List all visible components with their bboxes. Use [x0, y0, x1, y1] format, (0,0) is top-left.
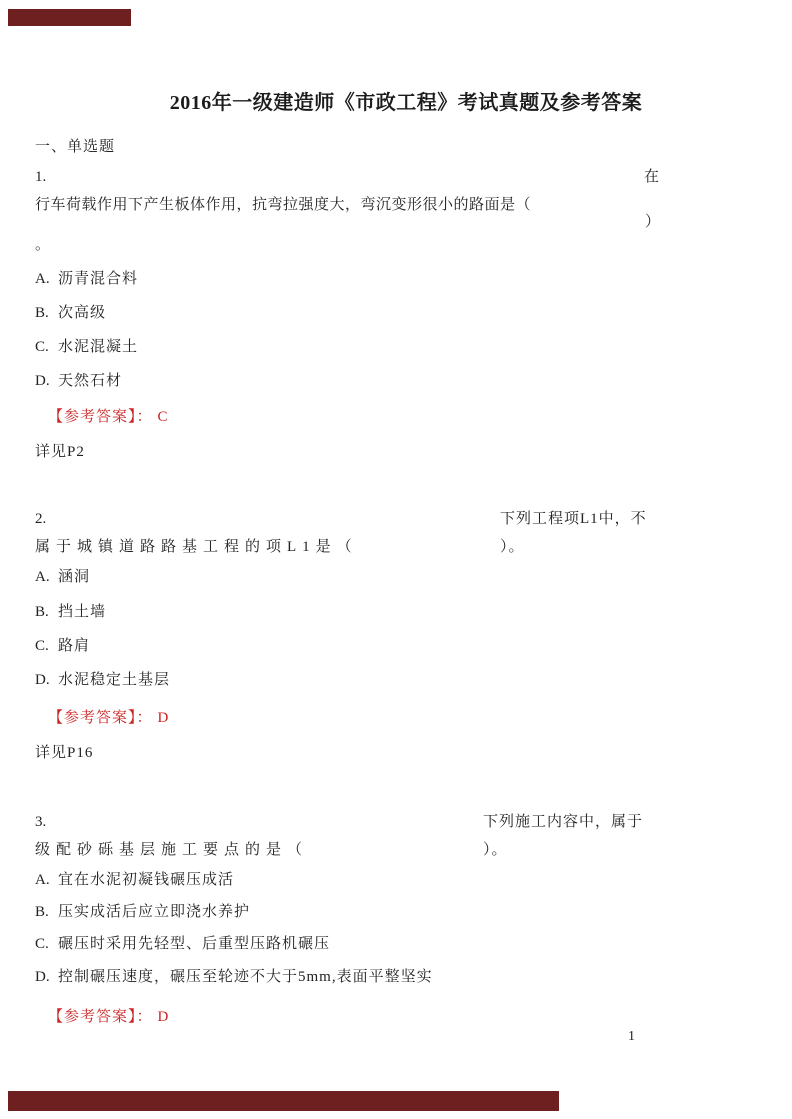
option-letter: B. [35, 604, 58, 621]
answer-value: C [158, 409, 169, 425]
option-text: 挡土墙 [58, 604, 106, 620]
question-1-number: 1. [35, 169, 46, 186]
question-3-option-a: A.宜在水泥初凝钱碾压成活 [35, 872, 234, 889]
option-text: 水泥混凝土 [58, 339, 138, 355]
question-1-stem-line4: 。 [35, 237, 51, 254]
option-text: 路肩 [58, 638, 90, 654]
question-2-option-b: B.挡土墙 [35, 604, 106, 621]
question-3-number: 3. [35, 814, 46, 831]
question-2-stem-line2: 属于城镇道路路基工程的项L1是（ [35, 539, 358, 556]
option-text: 碾压时采用先轻型、后重型压路机碾压 [58, 936, 330, 952]
option-letter: D. [35, 373, 58, 390]
question-1-option-c: C.水泥混凝土 [35, 339, 138, 356]
question-1-stem-line3-right: ） [645, 214, 661, 231]
option-letter: C. [35, 936, 58, 953]
option-letter: D. [35, 672, 58, 689]
question-3-option-d: D.控制碾压速度，碾压至轮迹不大于5mm,表面平整坚实 [35, 969, 433, 986]
question-1-option-d: D.天然石材 [35, 373, 122, 390]
question-2-reference: 详见P16 [35, 745, 93, 762]
question-1-stem-line2: 行车荷载作用下产生板体作用，抗弯拉强度大，弯沉变形很小的路面是（ [35, 197, 531, 214]
answer-label: 【参考答案】： [48, 409, 153, 425]
answer-label: 【参考答案】： [48, 1009, 153, 1025]
option-letter: C. [35, 638, 58, 655]
exam-document-page: 2016年一级建造师《市政工程》考试真题及参考答案 一、单选题 1. 在 行车荷… [0, 0, 792, 1119]
answer-label: 【参考答案】： [48, 710, 153, 726]
answer-value: D [158, 1009, 170, 1025]
question-1-reference: 详见P2 [35, 444, 85, 461]
redaction-bar-bottom [8, 1091, 559, 1111]
question-2-answer-line: 【参考答案】：D [48, 710, 169, 727]
answer-value: D [158, 710, 170, 726]
question-1-stem-line1-right: 在 [644, 169, 660, 186]
option-letter: B. [35, 305, 58, 322]
option-text: 涵洞 [58, 569, 90, 585]
option-text: 控制碾压速度，碾压至轮迹不大于5mm,表面平整坚实 [58, 969, 433, 985]
redaction-bar-top [8, 9, 131, 26]
option-letter: B. [35, 904, 58, 921]
question-1-option-b: B.次高级 [35, 305, 106, 322]
question-3-stem-line2: 级配砂砾基层施工要点的是（ [35, 842, 308, 859]
option-text: 天然石材 [58, 373, 122, 389]
question-2-option-a: A.涵洞 [35, 569, 90, 586]
question-2-option-c: C.路肩 [35, 638, 90, 655]
question-1-answer-line: 【参考答案】：C [48, 409, 169, 426]
option-text: 压实成活后应立即浇水养护 [58, 904, 250, 920]
option-text: 次高级 [58, 305, 106, 321]
page-number: 1 [628, 1029, 635, 1045]
question-2-stem-line2-right: ）。 [500, 539, 525, 556]
question-3-answer-line: 【参考答案】：D [48, 1009, 169, 1026]
section-heading: 一、单选题 [35, 139, 115, 156]
question-2-stem-line1-right: 下列工程项L1中，不 [500, 511, 647, 528]
question-3-option-c: C.碾压时采用先轻型、后重型压路机碾压 [35, 936, 330, 953]
question-3-option-b: B.压实成活后应立即浇水养护 [35, 904, 250, 921]
question-1-option-a: A.沥青混合料 [35, 271, 138, 288]
page-title: 2016年一级建造师《市政工程》考试真题及参考答案 [20, 86, 792, 115]
option-letter: C. [35, 339, 58, 356]
option-letter: A. [35, 271, 58, 288]
option-letter: A. [35, 872, 58, 889]
option-letter: A. [35, 569, 58, 586]
question-2-option-d: D.水泥稳定土基层 [35, 672, 170, 689]
question-3-stem-line1-right: 下列施工内容中，属于 [483, 814, 643, 831]
question-3-stem-line2-right: ）。 [483, 842, 508, 859]
option-text: 沥青混合料 [58, 271, 138, 287]
option-text: 水泥稳定土基层 [58, 672, 170, 688]
option-text: 宜在水泥初凝钱碾压成活 [58, 872, 234, 888]
option-letter: D. [35, 969, 58, 986]
question-2-number: 2. [35, 511, 46, 528]
